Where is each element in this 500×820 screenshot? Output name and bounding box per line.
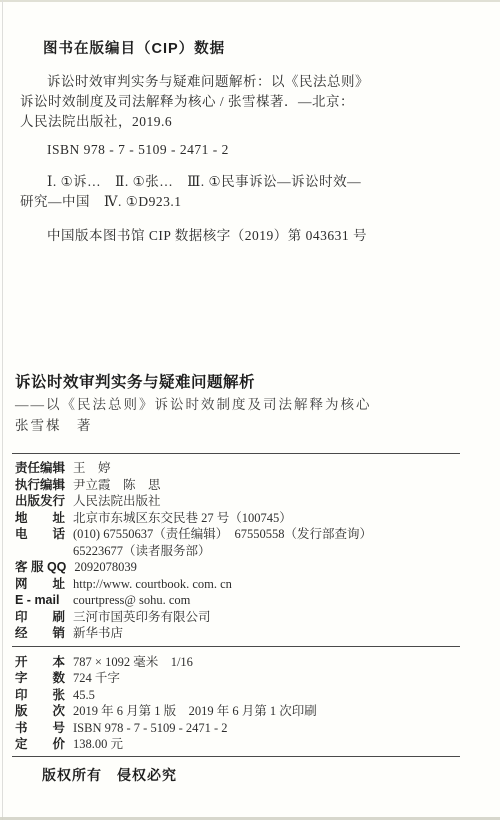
book-title-block: 诉讼时效审判实务与疑难问题解析 ——以《民法总则》诉讼时效制度及司法解释为核心 … [15, 374, 470, 435]
row-value: 王 婷 [73, 460, 111, 477]
row-value: http://www. courtbook. com. cn [73, 576, 232, 593]
colophon-row-printer: 印 刷 三河市国英印务有限公司 [15, 609, 480, 626]
row-label: 网 址 [15, 576, 65, 593]
colophon-section: 责任编辑 王 婷 执行编辑 尹立霞 陈 思 出版发行 人民法院出版社 地 址 北… [15, 460, 480, 642]
row-value: 北京市东城区东交民巷 27 号（100745） [73, 510, 292, 527]
row-label: 出版发行 [15, 493, 65, 510]
scan-edge-left [2, 0, 3, 820]
colophon-row-publisher: 出版发行 人民法院出版社 [15, 493, 480, 510]
colophon-row-phone: 电 话 (010) 67550637（责任编辑） 67550558（发行部查询） [15, 526, 480, 543]
row-value: 65223677（读者服务部） [73, 543, 211, 560]
row-value: 724 千字 [73, 670, 120, 687]
cip-isbn: ISBN 978 - 7 - 5109 - 2471 - 2 [20, 140, 470, 160]
row-value: 138.00 元 [73, 736, 123, 753]
cip-classification-line-1: Ⅰ. ①诉… Ⅱ. ①张… Ⅲ. ①民事诉讼—诉讼时效— [20, 172, 470, 192]
colophon-row-editor: 责任编辑 王 婷 [15, 460, 480, 477]
specs-row-price: 定 价 138.00 元 [15, 736, 480, 753]
row-value: 2092078039 [74, 559, 137, 576]
colophon-row-website: 网 址 http://www. courtbook. com. cn [15, 576, 480, 593]
divider-rule-1 [12, 453, 460, 454]
specs-row-format: 开 本 787 × 1092 毫米 1/16 [15, 654, 480, 671]
row-label: 地 址 [15, 510, 65, 527]
specs-row-sheets: 印 张 45.5 [15, 687, 480, 704]
cip-header: 图书在版编目（CIP）数据 [43, 40, 470, 58]
row-value: 尹立霞 陈 思 [73, 477, 161, 494]
cip-description-line-2: 诉讼时效制度及司法解释为核心 / 张雪楳著．—北京： [20, 92, 470, 112]
specs-row-word-count: 字 数 724 千字 [15, 670, 480, 687]
print-specs-section: 开 本 787 × 1092 毫米 1/16 字 数 724 千字 印 张 45… [15, 654, 480, 753]
colophon-row-executive-editor: 执行编辑 尹立霞 陈 思 [15, 477, 480, 494]
colophon-row-qq: 客 服 QQ 2092078039 [15, 559, 480, 576]
row-value: (010) 67550637（责任编辑） 67550558（发行部查询） [73, 526, 372, 543]
cip-description-line-1: 诉讼时效审判实务与疑难问题解析：以《民法总则》 [20, 72, 470, 92]
row-value: 人民法院出版社 [73, 493, 161, 510]
colophon-row-email: E - mail courtpress@ sohu. com [15, 592, 480, 609]
row-value: 787 × 1092 毫米 1/16 [73, 654, 193, 671]
row-label: 书 号 [15, 720, 65, 737]
row-label: 电 话 [15, 526, 65, 543]
cip-record-number: 中国版本图书馆 CIP 数据核字（2019）第 043631 号 [20, 226, 470, 246]
row-label: 开 本 [15, 654, 65, 671]
colophon-row-distributor: 经 销 新华书店 [15, 625, 480, 642]
scan-edge-top [0, 0, 500, 2]
book-author: 张雪楳 著 [15, 416, 470, 435]
row-value: 2019 年 6 月第 1 版 2019 年 6 月第 1 次印刷 [73, 703, 317, 720]
book-subtitle: ——以《民法总则》诉讼时效制度及司法解释为核心 [15, 395, 470, 414]
row-label: 版 次 [15, 703, 65, 720]
row-label: 客 服 QQ [15, 559, 66, 576]
row-value: 三河市国英印务有限公司 [73, 609, 211, 626]
copyright-notice: 版权所有 侵权必究 [42, 765, 500, 785]
row-value: 新华书店 [73, 625, 123, 642]
specs-row-edition: 版 次 2019 年 6 月第 1 版 2019 年 6 月第 1 次印刷 [15, 703, 480, 720]
book-title: 诉讼时效审判实务与疑难问题解析 [15, 374, 470, 392]
book-copyright-page: 图书在版编目（CIP）数据 诉讼时效审判实务与疑难问题解析：以《民法总则》 诉讼… [0, 0, 500, 820]
colophon-row-address: 地 址 北京市东城区东交民巷 27 号（100745） [15, 510, 480, 527]
divider-rule-2 [12, 646, 460, 647]
row-label: E - mail [15, 592, 65, 609]
row-label: 责任编辑 [15, 460, 65, 477]
divider-rule-3 [12, 756, 460, 757]
row-value: ISBN 978 - 7 - 5109 - 2471 - 2 [73, 720, 228, 737]
cip-description-line-3: 人民法院出版社，2019.6 [20, 112, 470, 132]
row-value: 45.5 [73, 687, 95, 704]
row-label: 经 销 [15, 625, 65, 642]
cip-data-section: 图书在版编目（CIP）数据 诉讼时效审判实务与疑难问题解析：以《民法总则》 诉讼… [20, 40, 470, 246]
colophon-row-phone-2: 65223677（读者服务部） [15, 543, 480, 560]
row-label: 字 数 [15, 670, 65, 687]
row-label: 印 刷 [15, 609, 65, 626]
specs-row-isbn: 书 号 ISBN 978 - 7 - 5109 - 2471 - 2 [15, 720, 480, 737]
cip-classification-line-2: 研究—中国 Ⅳ. ①D923.1 [20, 192, 470, 212]
row-label: 定 价 [15, 736, 65, 753]
row-label: 印 张 [15, 687, 65, 704]
row-value: courtpress@ sohu. com [73, 592, 190, 609]
row-label: 执行编辑 [15, 477, 65, 494]
